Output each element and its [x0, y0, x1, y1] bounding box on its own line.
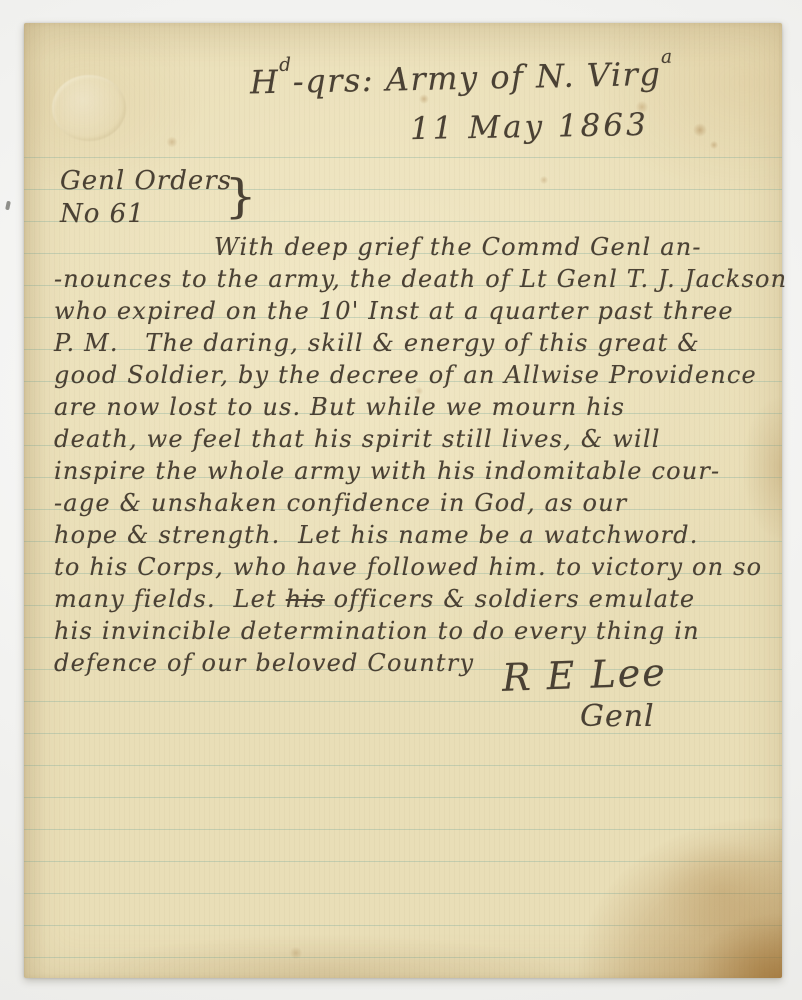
struck-word: his — [286, 585, 325, 613]
body-line: to his Corps, who have followed him. to … — [54, 551, 778, 583]
order-brace: } — [225, 169, 257, 223]
body-line: are now lost to us. But while we mourn h… — [54, 391, 778, 423]
strike-line-suffix: officers & soldiers emulate — [325, 585, 696, 613]
heading-hq-prefix: H — [250, 63, 280, 102]
body-line: defence of our beloved Country — [54, 647, 778, 679]
body-line: who expired on the 10' Inst at a quarter… — [54, 295, 778, 327]
body-line: With deep grief the Commd Genl an- — [54, 231, 778, 263]
strike-line-prefix: many fields. Let — [54, 585, 286, 613]
order-number: No 61 — [60, 198, 232, 231]
photo-backdrop: { "doc": { "heading": { "hq_prefix": "H"… — [0, 0, 802, 1000]
body-line: -nounces to the army, the death of Lt Ge… — [54, 263, 778, 295]
letter-body: With deep grief the Commd Genl an- -noun… — [54, 231, 778, 679]
document-page: Hd-qrs: Army of N. Virga 11 May 1863 Gen… — [24, 23, 782, 978]
signature-rank: Genl — [580, 699, 655, 734]
body-line: -age & unshaken confidence in God, as ou… — [54, 487, 778, 519]
heading-superscript-d: d — [279, 55, 293, 76]
body-line: good Soldier, by the decree of an Allwis… — [54, 359, 778, 391]
body-line: his invincible determination to do every… — [54, 615, 778, 647]
body-line: inspire the whole army with his indomita… — [54, 455, 778, 487]
body-line: P. M. The daring, skill & energy of this… — [54, 327, 778, 359]
signature-name: R E Lee — [501, 650, 667, 700]
order-number-block: Genl Orders No 61 — [60, 165, 232, 231]
body-line: death, we feel that his spirit still liv… — [54, 423, 778, 455]
order-title: Genl Orders — [60, 165, 232, 198]
heading-hq-rest: -qrs: Army of N. Virg — [292, 55, 661, 101]
heading-date: 11 May 1863 — [410, 107, 649, 147]
heading-superscript-a: a — [661, 47, 674, 68]
body-line-with-strikethrough: many fields. Let his officers & soldiers… — [54, 583, 778, 615]
heading-headquarters: Hd-qrs: Army of N. Virga — [250, 55, 675, 102]
embossed-seal — [52, 75, 126, 141]
backdrop-speck — [5, 201, 11, 211]
body-line: hope & strength. Let his name be a watch… — [54, 519, 778, 551]
